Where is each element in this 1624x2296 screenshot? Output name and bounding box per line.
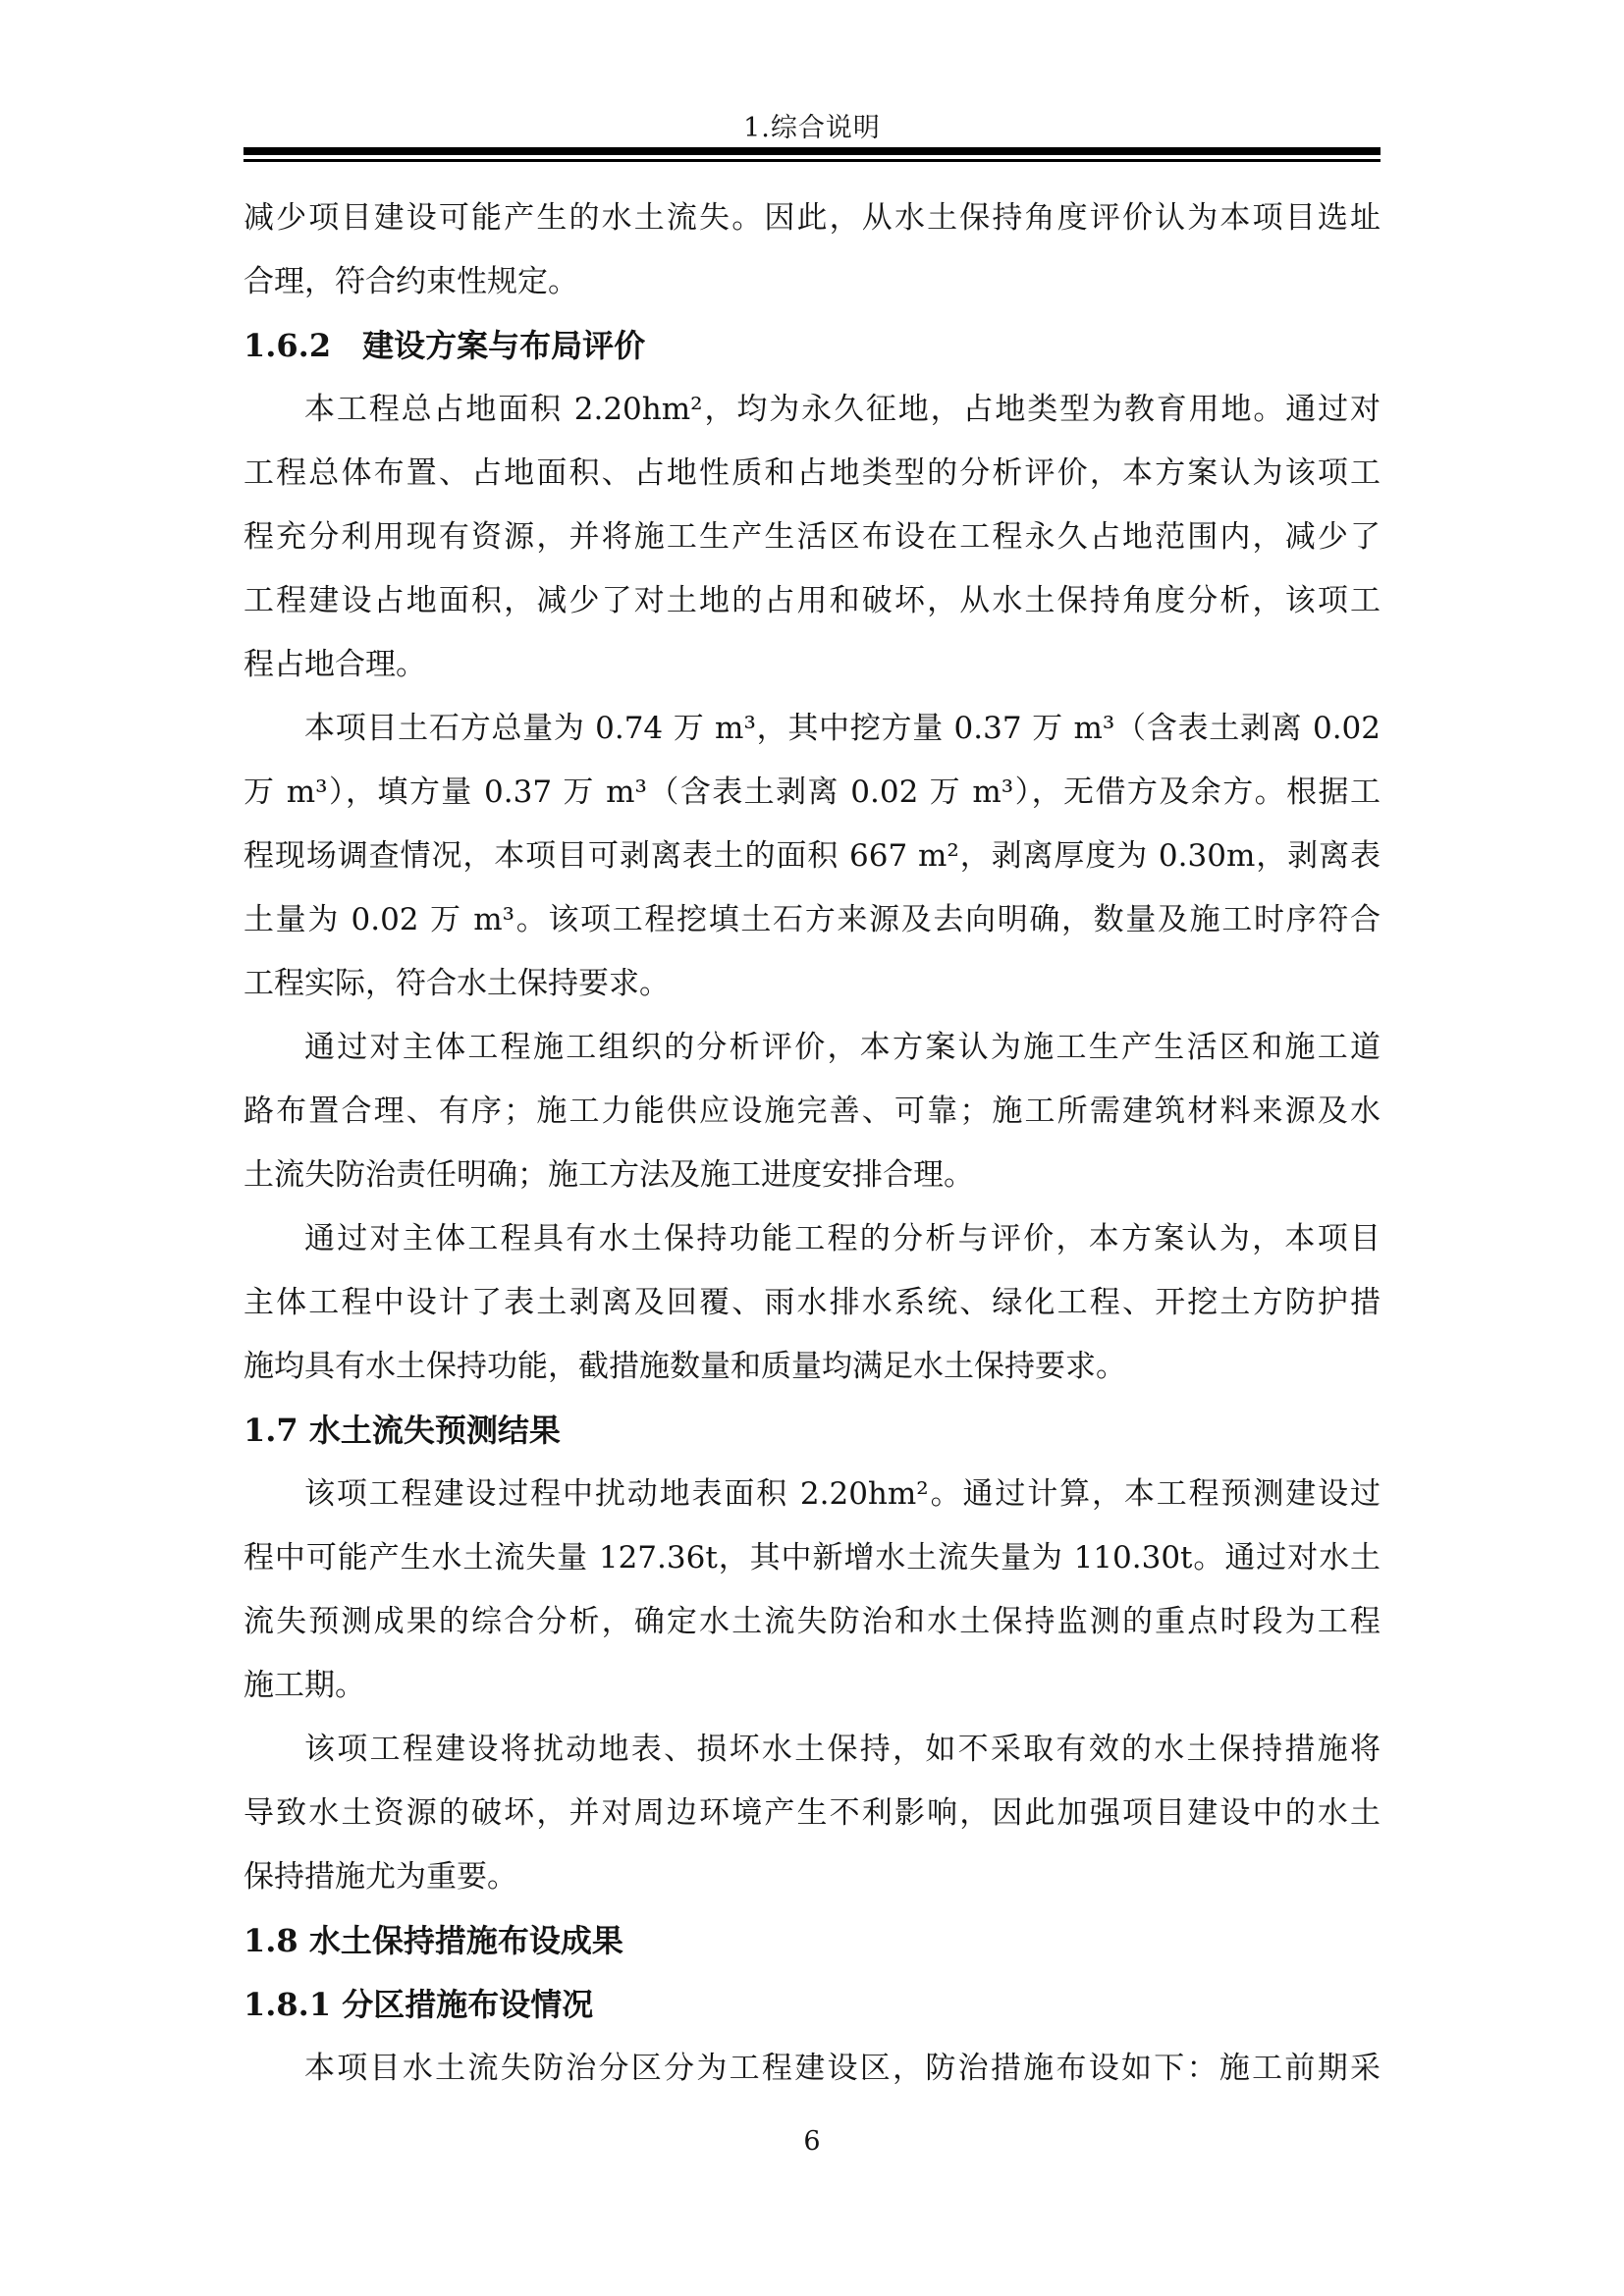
page-header: 1.综合说明 (244, 0, 1380, 162)
text-line: 该项工程建设过程中扰动地表面积 2.20hm²。通过计算，本工程预测建设过 (244, 1463, 1380, 1526)
text-line: 程充分利用现有资源，并将施工生产生活区布设在工程永久占地范围内，减少了 (244, 506, 1380, 569)
header-rule-thick (244, 147, 1380, 155)
text-line: 该项工程建设将扰动地表、损坏水土保持，如不采取有效的水土保持措施将 (244, 1718, 1380, 1782)
header-title: 1.综合说明 (244, 110, 1380, 147)
section-heading: 1.8.1 分区措施布设情况 (244, 1973, 1380, 2037)
section-heading: 1.6.2 建设方案与布局评价 (244, 314, 1380, 378)
text-line: 工程实际，符合水土保持要求。 (244, 952, 1380, 1016)
text-line: 导致水土资源的破坏，并对周边环境产生不利影响，因此加强项目建设中的水土 (244, 1782, 1380, 1845)
text-line: 土流失防治责任明确；施工方法及施工进度安排合理。 (244, 1144, 1380, 1207)
text-line: 本工程总占地面积 2.20hm²，均为永久征地，占地类型为教育用地。通过对 (244, 378, 1380, 442)
text-line: 工程总体布置、占地面积、占地性质和占地类型的分析评价，本方案认为该项工 (244, 442, 1380, 506)
text-line: 程中可能产生水土流失量 127.36t，其中新增水土流失量为 110.30t。通… (244, 1526, 1380, 1590)
text-line: 施工期。 (244, 1654, 1380, 1718)
header-rule-thin (244, 159, 1380, 162)
text-line: 土量为 0.02 万 m³。该项工程挖填土石方来源及去向明确，数量及施工时序符合 (244, 888, 1380, 952)
text-line: 减少项目建设可能产生的水土流失。因此，从水土保持角度评价认为本项目选址 (244, 187, 1380, 250)
header-rule (244, 147, 1380, 162)
section-heading: 1.7 水土流失预测结果 (244, 1399, 1380, 1463)
text-line: 工程建设占地面积，减少了对土地的占用和破坏，从水土保持角度分析，该项工 (244, 569, 1380, 633)
page-number: 6 (803, 2126, 820, 2157)
text-line: 万 m³），填方量 0.37 万 m³（含表土剥离 0.02 万 m³），无借方… (244, 761, 1380, 825)
text-line: 路布置合理、有序；施工力能供应设施完善、可靠；施工所需建筑材料来源及水 (244, 1080, 1380, 1144)
text-line: 合理，符合约束性规定。 (244, 250, 1380, 314)
text-line: 施均具有水土保持功能，截措施数量和质量均满足水土保持要求。 (244, 1335, 1380, 1399)
text-line: 通过对主体工程具有水土保持功能工程的分析与评价，本方案认为，本项目 (244, 1207, 1380, 1271)
section-heading: 1.8 水土保持措施布设成果 (244, 1909, 1380, 1973)
text-line: 本项目土石方总量为 0.74 万 m³，其中挖方量 0.37 万 m³（含表土剥… (244, 697, 1380, 761)
text-line: 程现场调查情况，本项目可剥离表土的面积 667 m²，剥离厚度为 0.30m，剥… (244, 825, 1380, 888)
text-line: 主体工程中设计了表土剥离及回覆、雨水排水系统、绿化工程、开挖土方防护措 (244, 1271, 1380, 1335)
text-line: 流失预测成果的综合分析，确定水土流失防治和水土保持监测的重点时段为工程 (244, 1590, 1380, 1654)
document-page: 1.综合说明 减少项目建设可能产生的水土流失。因此，从水土保持角度评价认为本项目… (0, 0, 1624, 2296)
text-line: 程占地合理。 (244, 633, 1380, 697)
page-footer: 6 (0, 2126, 1624, 2157)
text-line: 保持措施尤为重要。 (244, 1845, 1380, 1909)
text-line: 通过对主体工程施工组织的分析评价，本方案认为施工生产生活区和施工道 (244, 1016, 1380, 1080)
document-body: 减少项目建设可能产生的水土流失。因此，从水土保持角度评价认为本项目选址合理，符合… (244, 187, 1380, 2101)
text-line: 本项目水土流失防治分区分为工程建设区，防治措施布设如下：施工前期采 (244, 2037, 1380, 2101)
